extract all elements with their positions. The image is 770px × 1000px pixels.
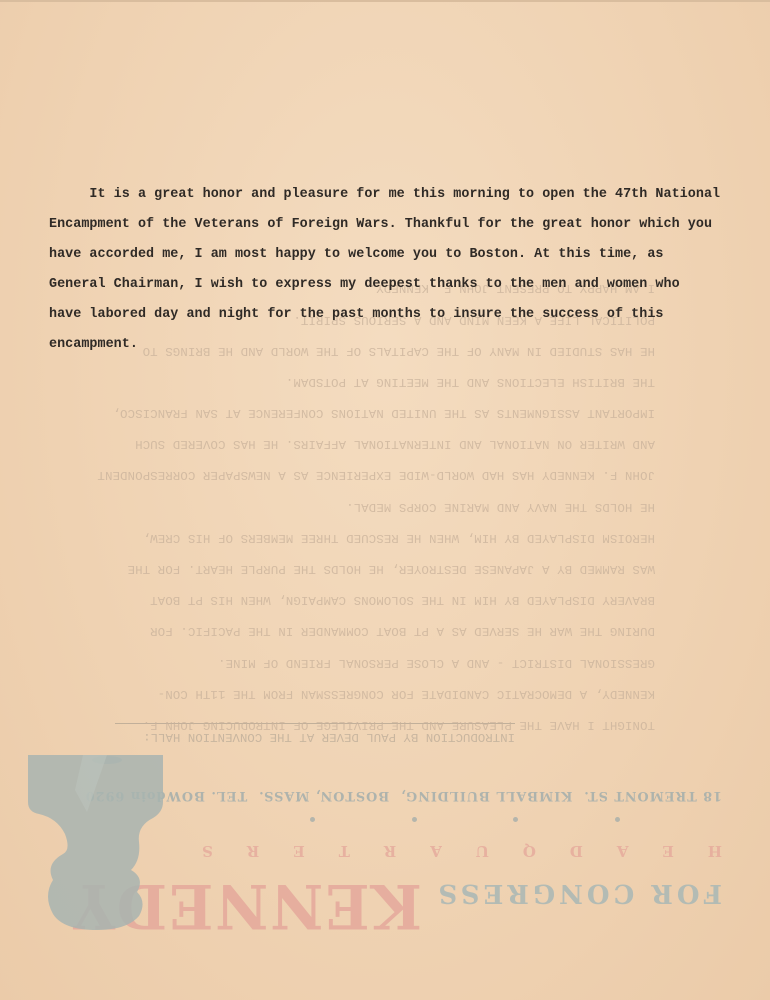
page-edge (0, 0, 770, 2)
bleed-line: JOHN F. KENNEDY HAS HAD WORLD-WIDE EXPER… (95, 459, 655, 490)
hq-letter: E (293, 842, 304, 860)
letter-line: have accorded me, I am most happy to wel… (49, 240, 699, 270)
hq-letter: R (247, 842, 259, 860)
bleed-line: GRESSIONAL DISTRICT - AND A CLOSE PERSON… (95, 646, 655, 677)
bleed-title: INTRODUCTION BY PAUL DEVER AT THE CONVEN… (115, 723, 515, 744)
hq-letter: Q (523, 842, 536, 860)
letterhead-name: KENNEDY (71, 870, 422, 941)
hq-letter: T (339, 842, 350, 860)
hq-letter: D (570, 842, 583, 860)
bleed-line: HEROISM DISPLAYED BY HIM, WHEN HE RESCUE… (95, 522, 655, 553)
dot-icon (310, 817, 315, 822)
hq-letter: A (430, 842, 442, 860)
bleed-line: KENNEDY, A DEMOCRATIC CANDIDATE FOR CONG… (95, 678, 655, 709)
hq-letter: R (384, 842, 396, 860)
dot-icon (412, 817, 417, 822)
portrait-silhouette-icon (28, 755, 167, 930)
dot-icon (513, 817, 518, 822)
letter-line: General Chairman, I wish to express my d… (49, 270, 699, 300)
letterhead-tagline: FOR CONGRESS (435, 878, 722, 908)
hq-letter: U (476, 842, 489, 860)
letterhead-dot-separators (310, 817, 620, 822)
letter-line: encampment. (49, 330, 699, 360)
bleed-line: HE HOLDS THE NAVY AND MARINE CORPS MEDAL… (95, 491, 655, 522)
bleed-line: TONIGHT I HAVE THE PLEASURE AND THE PRIV… (95, 709, 655, 740)
bleed-line: WAS RAMMED BY A JAPANESE DESTROYER, HE H… (95, 553, 655, 584)
dot-icon (615, 817, 620, 822)
hq-letter: A (617, 842, 629, 860)
letterhead-address: 18 TREMONT ST. KIMBALL BUILDING, BOSTON,… (85, 788, 722, 803)
letter-line: Encampment of the Veterans of Foreign Wa… (49, 210, 699, 240)
letter-body: It is a great honor and pleasure for me … (49, 180, 699, 360)
bleed-line: AND WRITER ON NATIONAL AND INTERNATIONAL… (95, 428, 655, 459)
letterhead-headquarters: H E A D Q U A R T E R S (202, 842, 722, 860)
bleed-line: THE BRITISH ELECTIONS AND THE MEETING AT… (95, 366, 655, 397)
hq-letter: S (202, 842, 213, 860)
reverse-side-bleed-through: INTRODUCTION BY PAUL DEVER AT THE CONVEN… (0, 0, 770, 1000)
letter-line: have labored day and night for the past … (49, 300, 699, 330)
letter-line: It is a great honor and pleasure for me … (49, 180, 699, 210)
bleed-line: IMPORTANT ASSIGNMENTS AS THE UNITED NATI… (95, 397, 655, 428)
hq-letter: H (708, 842, 722, 860)
bleed-line: BRAVERY DISPLAYED BY HIM IN THE SOLOMONS… (95, 584, 655, 615)
document-page: INTRODUCTION BY PAUL DEVER AT THE CONVEN… (0, 0, 770, 1000)
hq-letter: E (662, 842, 673, 860)
bleed-line: DURING THE WAR HE SERVED AS A PT BOAT CO… (95, 615, 655, 646)
portrait-ornament-icon (92, 756, 122, 764)
